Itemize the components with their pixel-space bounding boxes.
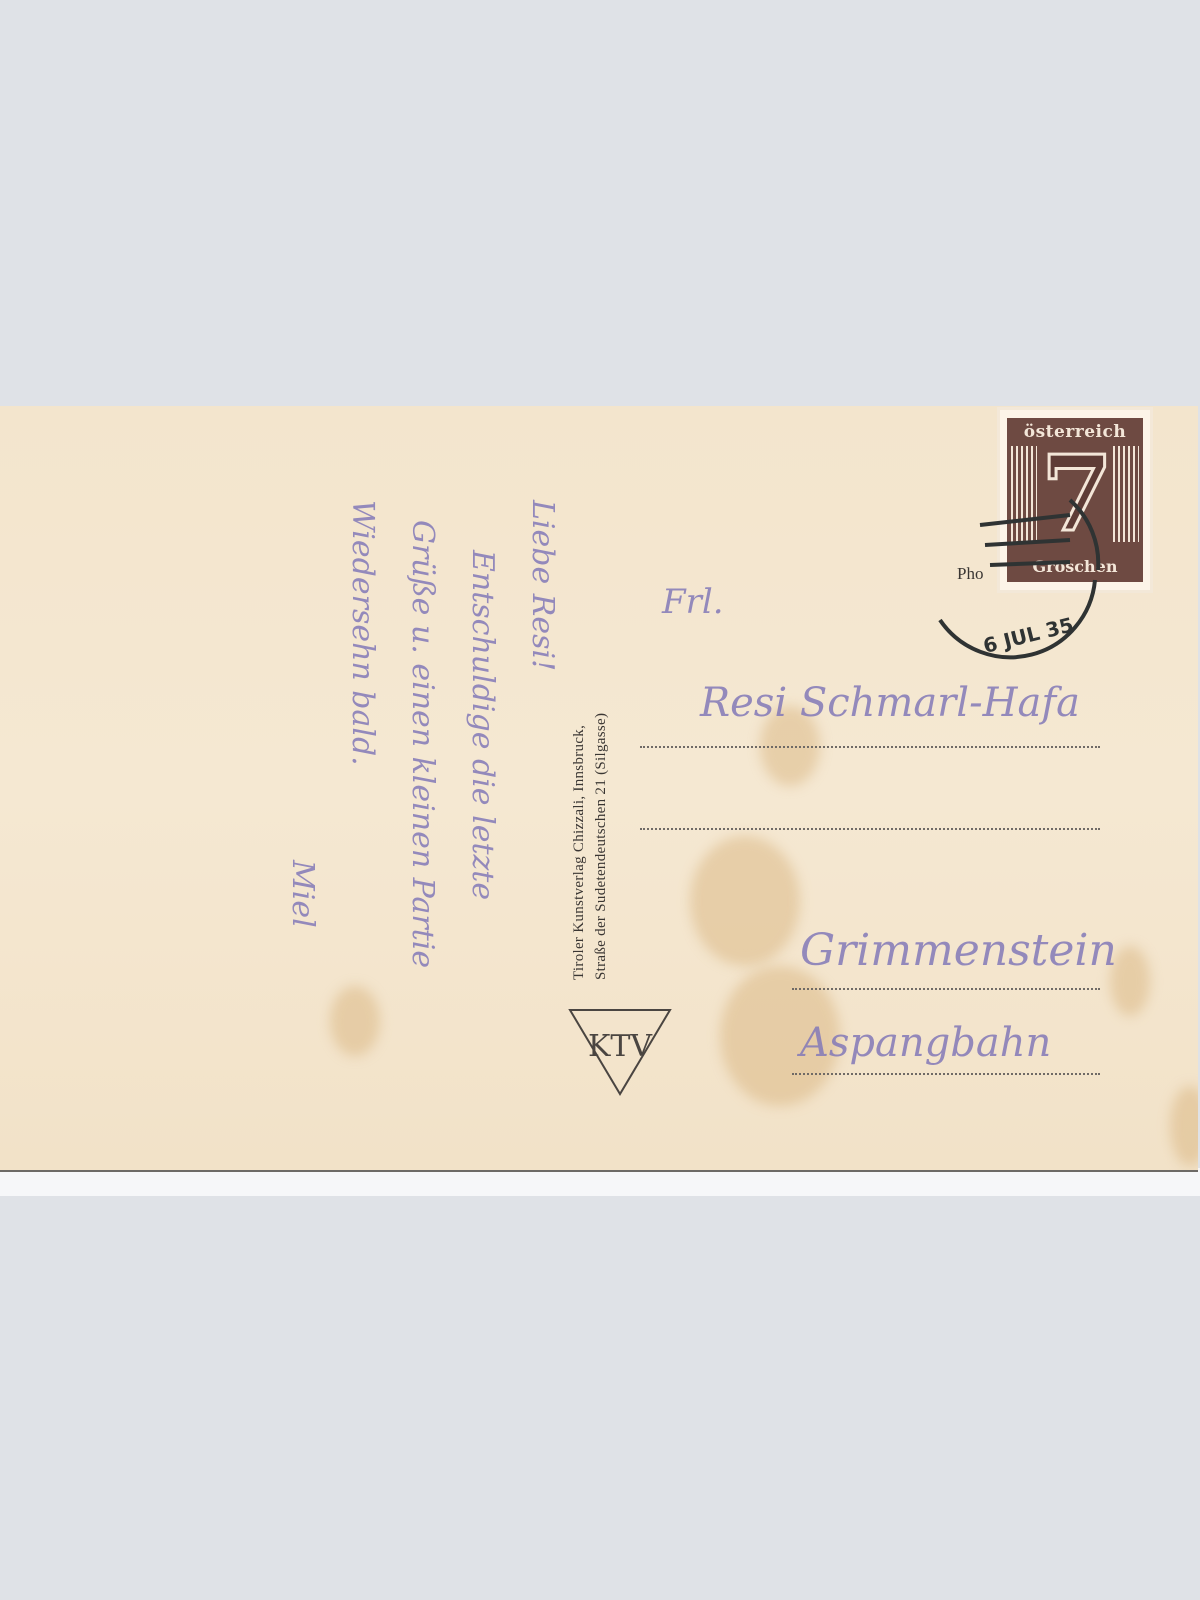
message-closing: Miel (285, 860, 320, 928)
message-line-1: Entschuldige die letzte (465, 550, 500, 900)
publisher-imprint: Tiroler Kunstverlag Chizzali, Innsbruck,… (568, 520, 628, 980)
circular-postmark-icon: 6 JUL 35 (920, 470, 1110, 660)
message-greeting: Liebe Resi! (525, 500, 560, 671)
message-line-2: Grüße u. einen kleinen Partie (405, 520, 440, 968)
scan-margin (0, 1168, 1200, 1196)
address-town: Grimmenstein (800, 925, 1117, 976)
address-line-2 (640, 828, 1100, 830)
address-line4: Aspangbahn (800, 1020, 1051, 1066)
imprint-line-1: Tiroler Kunstverlag Chizzali, Innsbruck, (568, 520, 590, 980)
water-stain (690, 836, 800, 966)
water-stain (330, 986, 380, 1056)
svg-text:KTV: KTV (588, 1029, 653, 1064)
imprint-line-2: Straße der Sudetendeutschen 21 (Silgasse… (590, 520, 612, 980)
triangle-monogram-icon: KTV (568, 1006, 672, 1098)
address-line-4 (792, 1073, 1100, 1075)
address-name: Resi Schmarl-Hafa (700, 680, 1080, 726)
address-salutation: Frl. (662, 582, 724, 622)
address-line-1 (640, 746, 1100, 748)
message-line-3: Wiedersehn bald. (345, 500, 380, 766)
address-line-3 (792, 988, 1100, 990)
svg-text:6 JUL 35: 6 JUL 35 (981, 612, 1076, 658)
water-stain (1170, 1086, 1198, 1166)
